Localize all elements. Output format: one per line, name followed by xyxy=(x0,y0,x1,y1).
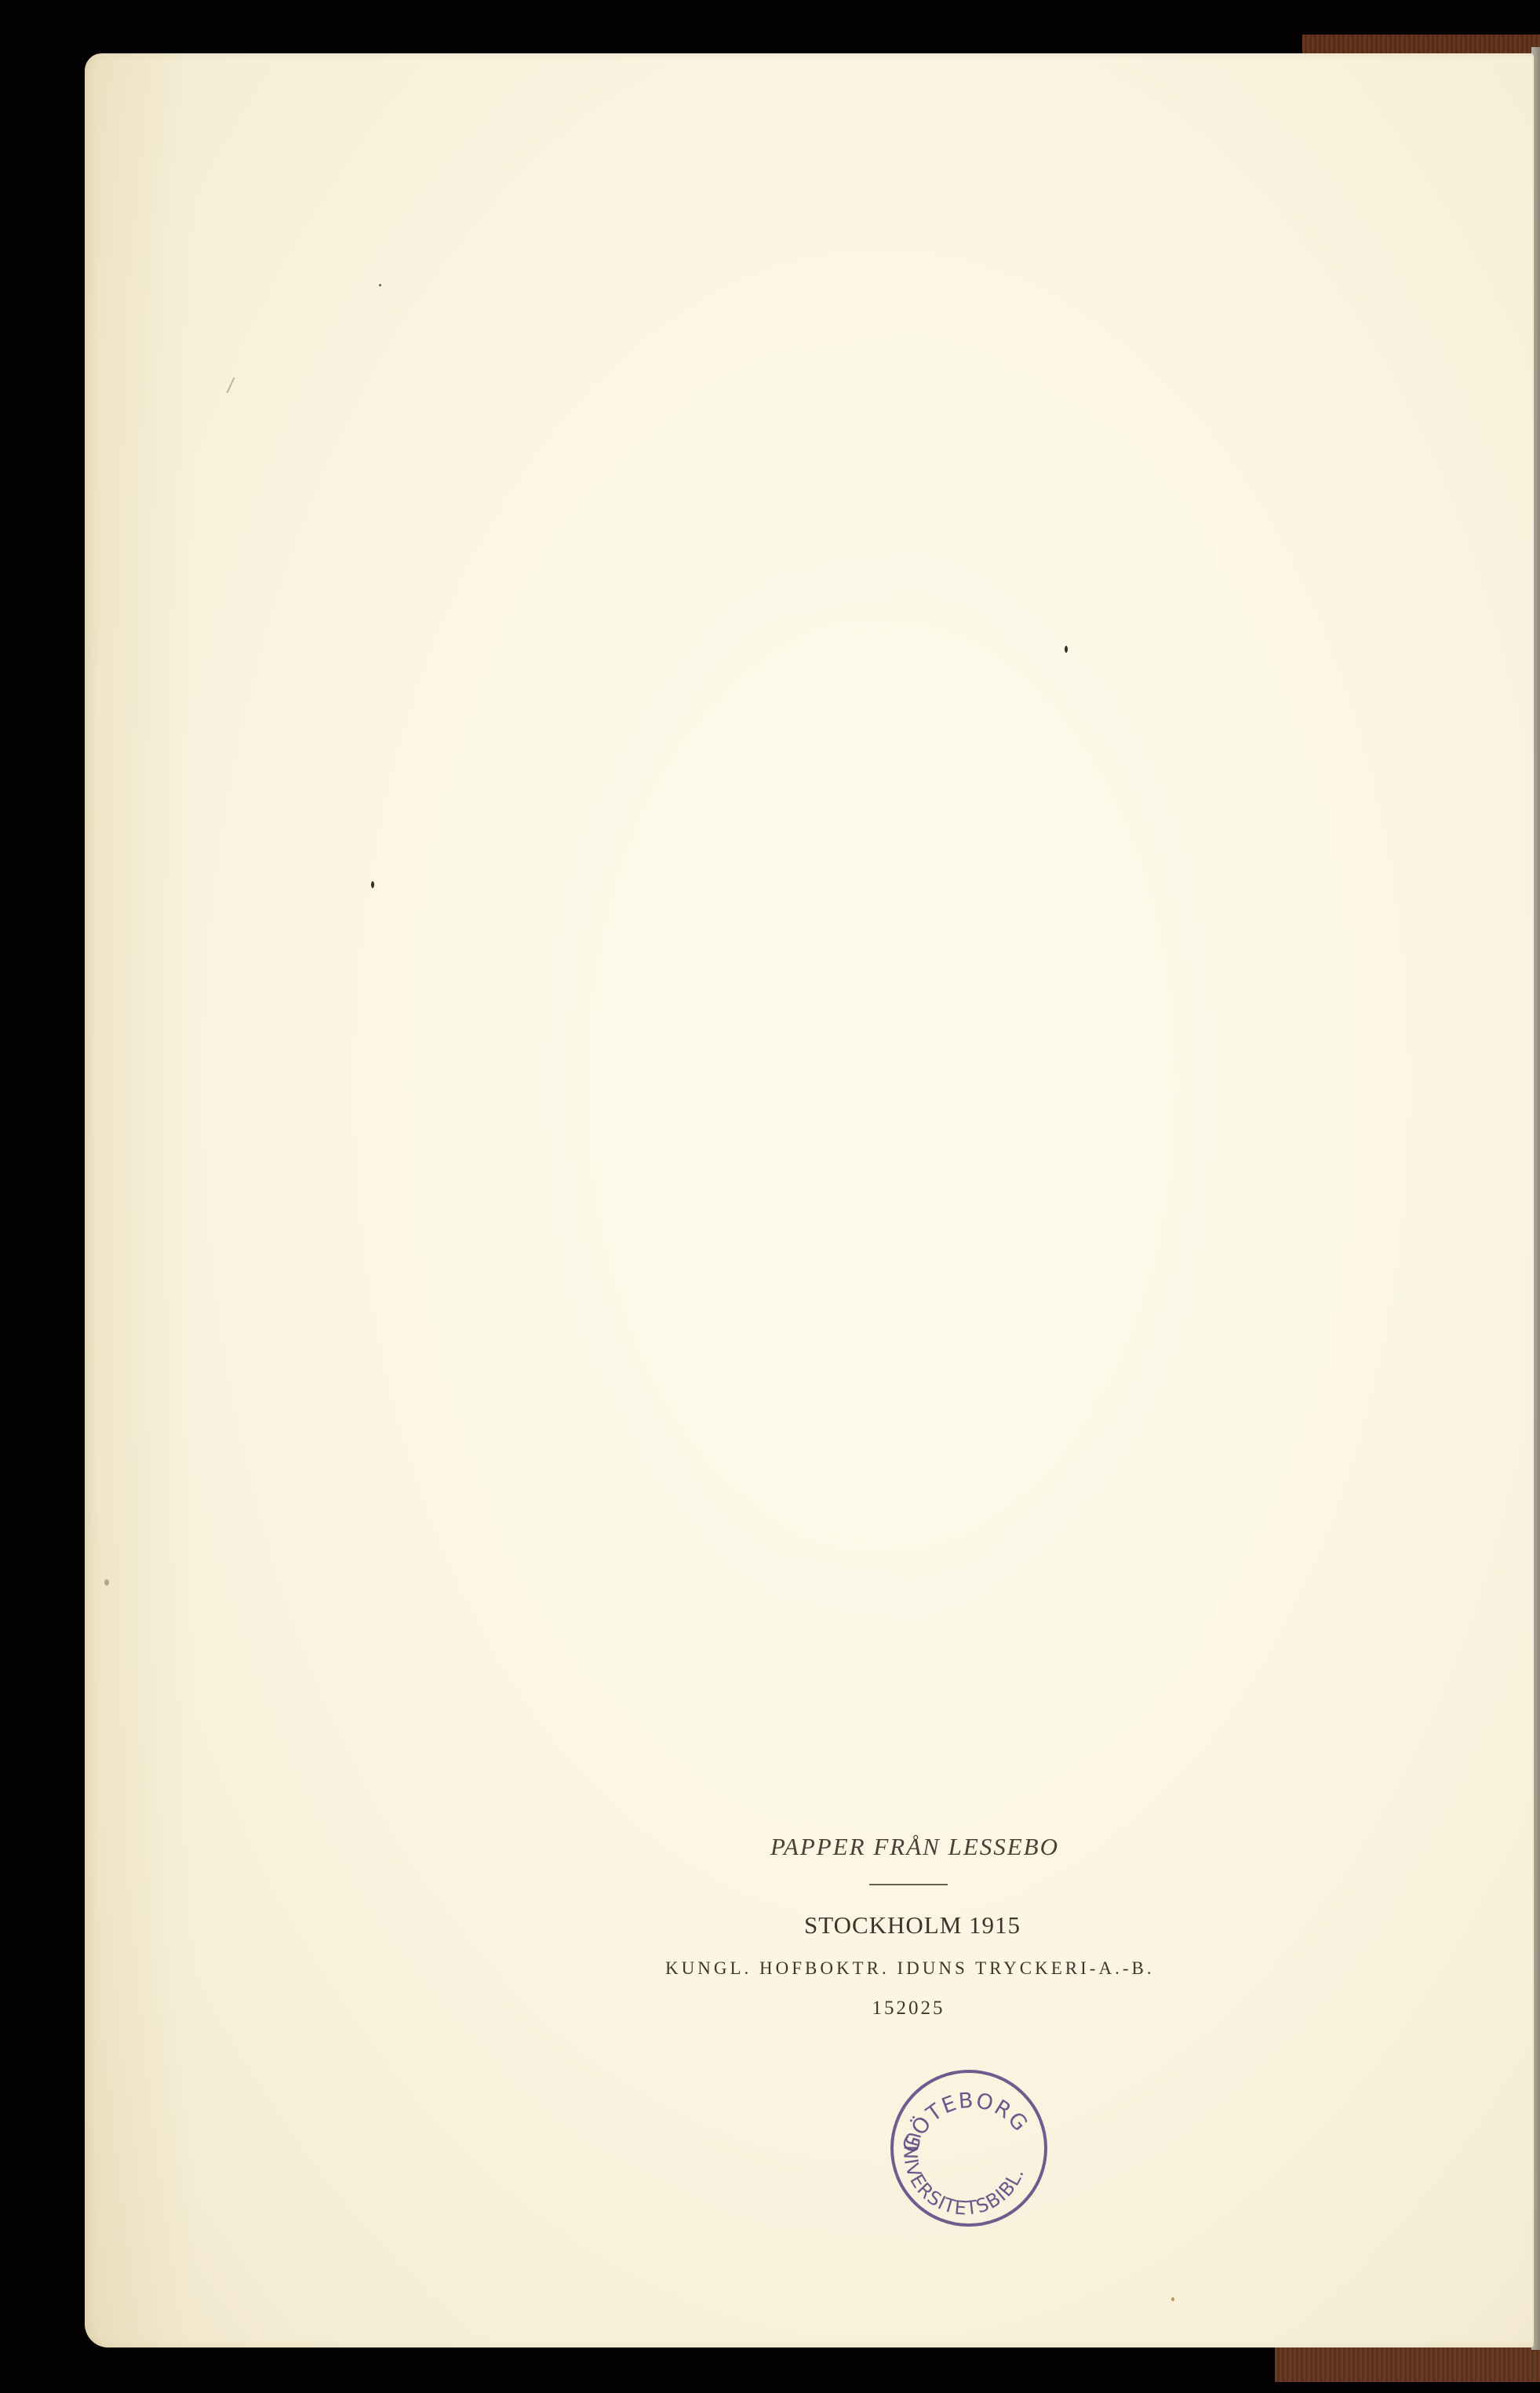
library-stamp: GÖTEBORGS UNIVERSITETSBIBL. xyxy=(887,2066,1051,2231)
binding-cloth-bottom xyxy=(1275,2344,1540,2382)
imprint-block: PAPPER FRÅN LESSEBO STOCKHOLM 1915 KUNGL… xyxy=(85,53,1534,2347)
paper-note: PAPPER FRÅN LESSEBO xyxy=(742,1833,1087,1861)
printer-line: KUNGL. HOFBOKTR. IDUNS TRYCKERI-A.-B. xyxy=(665,1958,1152,1979)
book-page: PAPPER FRÅN LESSEBO STOCKHOLM 1915 KUNGL… xyxy=(85,53,1534,2347)
separator-rule xyxy=(869,1884,948,1885)
place-and-year: STOCKHOLM 1915 xyxy=(775,1911,1050,1940)
job-number: 152025 xyxy=(861,1998,956,2020)
